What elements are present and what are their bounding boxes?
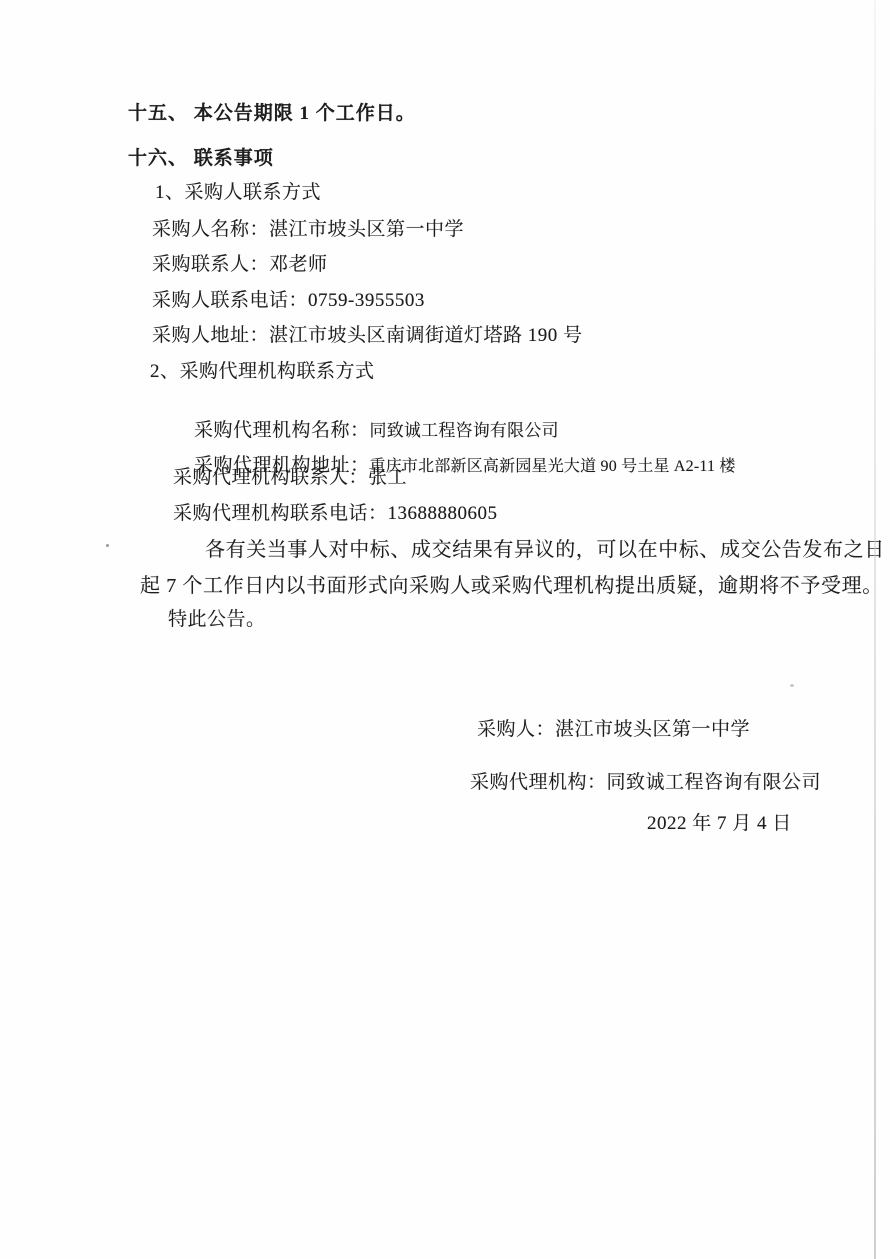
scan-speck-artifact: [106, 544, 109, 547]
scan-speck-artifact: [790, 684, 794, 687]
agency-address-value: 重庆市北部新区高新园星光大道 90 号土星 A2-11 楼: [370, 458, 736, 475]
purchaser-name: 采购人名称：湛江市坡头区第一中学: [152, 219, 464, 242]
agency-contact-person: 采购代理机构联系人：张工: [173, 467, 407, 490]
section-16-heading: 十六、 联系事项: [128, 148, 274, 171]
signature-agency: 采购代理机构：同致诚工程咨询有限公司: [470, 772, 821, 795]
objection-paragraph-line2: 起 7 个工作日内以书面形式向采购人或采购代理机构提出质疑，逾期将不予受理。: [140, 574, 883, 598]
scan-edge-artifact: [874, 0, 876, 1259]
purchaser-contact-heading: 1、采购人联系方式: [155, 182, 321, 205]
signature-purchaser: 采购人：湛江市坡头区第一中学: [477, 719, 750, 742]
purchaser-contact-person: 采购联系人：邓老师: [152, 254, 328, 277]
objection-paragraph-line1: 各有关当事人对中标、成交结果有异议的，可以在中标、成交公告发布之日: [205, 538, 885, 562]
purchaser-phone: 采购人联系电话：0759-3955503: [152, 290, 425, 313]
signature-date: 2022 年 7 月 4 日: [647, 813, 792, 836]
agency-contact-heading: 2、采购代理机构联系方式: [150, 361, 375, 384]
document-page: 十五、 本公告期限 1 个工作日。 十六、 联系事项 1、采购人联系方式 采购人…: [0, 0, 890, 1259]
section-15-heading: 十五、 本公告期限 1 个工作日。: [128, 103, 416, 126]
agency-phone: 采购代理机构联系电话：13688880605: [173, 503, 498, 526]
closing-statement: 特此公告。: [168, 609, 266, 632]
purchaser-address: 采购人地址：湛江市坡头区南调街道灯塔路 190 号: [152, 325, 583, 348]
